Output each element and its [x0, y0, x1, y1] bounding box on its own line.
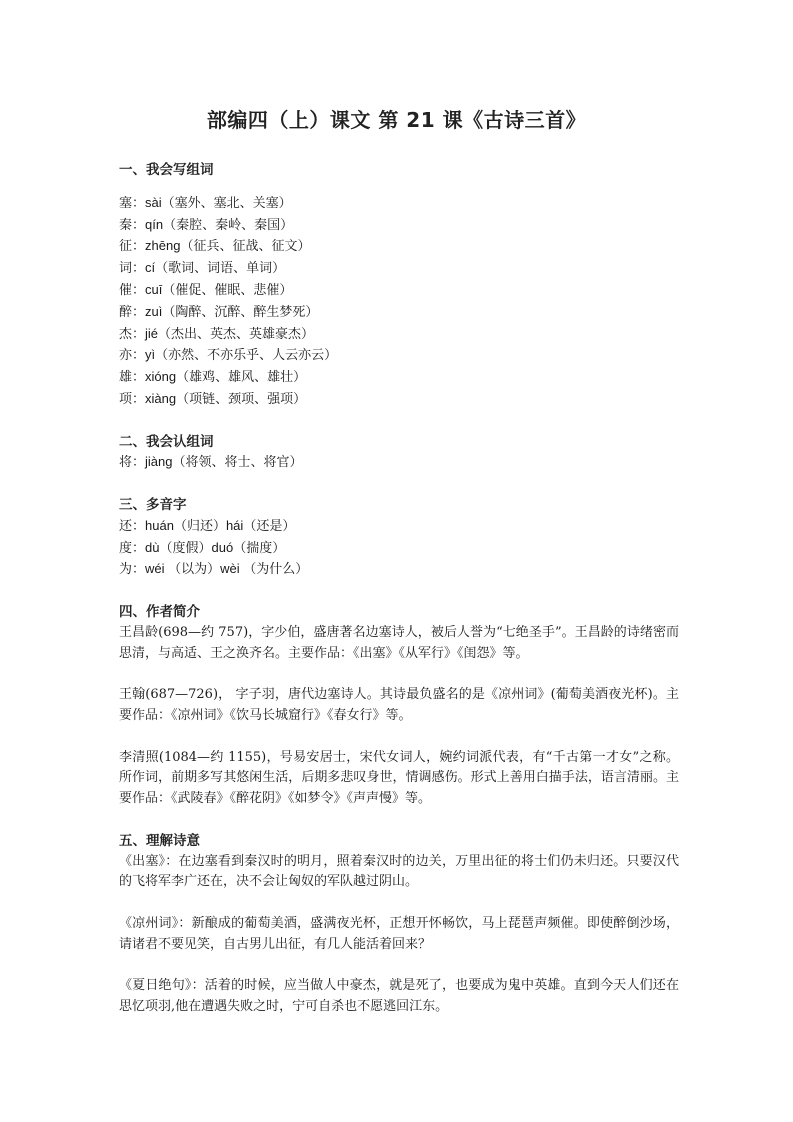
list-item: 征：zhēng（征兵、征战、征文） — [119, 236, 679, 258]
words: （项链、颈项、强项） — [176, 392, 306, 407]
meaning-liangzhou-ci: 《凉州词》：新酿成的葡萄美酒，盛满夜光杯，正想开怀畅饮，马上琵琶声频催。即使醉倒… — [119, 914, 679, 956]
char: 为： — [119, 562, 145, 577]
char: 醉： — [119, 305, 145, 320]
words: （还是） — [243, 519, 295, 534]
pinyin: wèi — [220, 561, 243, 576]
words: （度假） — [159, 541, 211, 556]
char: 亦： — [119, 348, 145, 363]
pinyin: jié — [145, 326, 158, 341]
section-heading-recognize-words: 二、我会认组词 — [119, 432, 679, 453]
char: 项： — [119, 392, 145, 407]
list-item: 亦：yì（亦然、不亦乐乎、人云亦云） — [119, 345, 679, 367]
author-li-qingzhao: 李清照(1084—约 1155)，号易安居士，宋代女词人，婉约词派代表，有“千古… — [119, 748, 679, 810]
char: 将： — [119, 455, 145, 470]
words: （归还） — [174, 519, 226, 534]
document-body: 一、我会写组词 塞：sài（塞外、塞北、关塞） 秦：qín（秦腔、秦岭、秦国） … — [119, 160, 679, 1018]
list-item: 秦：qín（秦腔、秦岭、秦国） — [119, 215, 679, 237]
pinyin: zuì — [145, 304, 162, 319]
list-item: 醉：zuì（陶醉、沉醉、醉生梦死） — [119, 302, 679, 324]
words: （陶醉、沉醉、醉生梦死） — [162, 305, 318, 320]
char: 杰： — [119, 327, 145, 342]
char: 还： — [119, 519, 145, 534]
pinyin: qín — [145, 217, 163, 232]
words: （亦然、不亦乐乎、人云亦云） — [155, 348, 337, 363]
words: （雄鸡、雄风、雄壮） — [176, 370, 306, 385]
char: 催： — [119, 283, 145, 298]
list-item: 雄：xióng（雄鸡、雄风、雄壮） — [119, 367, 679, 389]
section-heading-poem-meaning: 五、理解诗意 — [119, 831, 679, 852]
list-item: 度：dù（度假）duó（揣度） — [119, 538, 679, 560]
page-title: 部编四（上）课文 第 21 课《古诗三首》 — [0, 104, 793, 133]
meaning-xiari-jueju: 《夏日绝句》：活着的时候，应当做人中豪杰，就是死了，也要成为鬼中英雄。直到今天人… — [119, 976, 679, 1018]
words: （塞外、塞北、关塞） — [162, 196, 292, 211]
pinyin: xióng — [145, 369, 176, 384]
list-item: 还：huán（归还）hái（还是） — [119, 516, 679, 538]
words: （秦腔、秦岭、秦国） — [163, 218, 293, 233]
list-item: 杰：jié（杰出、英杰、英雄豪杰） — [119, 324, 679, 346]
words: （征兵、征战、征文） — [180, 239, 310, 254]
pinyin: huán — [145, 518, 174, 533]
words: （以为） — [168, 562, 220, 577]
pinyin: xiàng — [145, 391, 176, 406]
list-item: 将：jiàng（将领、将士、将官） — [119, 452, 679, 474]
pinyin: jiàng — [145, 454, 172, 469]
char: 词： — [119, 261, 145, 276]
meaning-chu-sai: 《出塞》：在边塞看到秦汉时的明月，照着秦汉时的边关，万里出征的将士们仍未归还。只… — [119, 852, 679, 894]
list-item: 塞：sài（塞外、塞北、关塞） — [119, 193, 679, 215]
pinyin: hái — [226, 518, 243, 533]
author-wang-changling: 王昌龄(698—约 757)，字少伯，盛唐著名边塞诗人，被后人誉为“七绝圣手”。… — [119, 623, 679, 665]
document-page: 部编四（上）课文 第 21 课《古诗三首》 一、我会写组词 塞：sài（塞外、塞… — [0, 0, 793, 1122]
pinyin: yì — [145, 347, 155, 362]
char: 塞： — [119, 196, 145, 211]
section-heading-polyphones: 三、多音字 — [119, 495, 679, 516]
words: （杰出、英杰、英雄豪杰） — [158, 327, 314, 342]
pinyin: dù — [145, 540, 159, 555]
pinyin: duó — [212, 540, 234, 555]
pinyin: cuī — [145, 282, 162, 297]
list-item: 催：cuī（催促、催眠、悲催） — [119, 280, 679, 302]
list-item: 项：xiàng（项链、颈项、强项） — [119, 389, 679, 411]
word-list-write: 塞：sài（塞外、塞北、关塞） 秦：qín（秦腔、秦岭、秦国） 征：zhēng（… — [119, 193, 679, 411]
list-item: 词：cí（歌词、词语、单词） — [119, 258, 679, 280]
words: （催促、催眠、悲催） — [162, 283, 292, 298]
section-heading-author-intro: 四、作者简介 — [119, 602, 679, 623]
words: （歌词、词语、单词） — [155, 261, 285, 276]
char: 征： — [119, 239, 145, 254]
section-heading-write-words: 一、我会写组词 — [119, 160, 679, 181]
char: 秦： — [119, 218, 145, 233]
pinyin: zhēng — [145, 238, 180, 253]
char: 度： — [119, 541, 145, 556]
char: 雄： — [119, 370, 145, 385]
author-wang-han: 王翰(687—726)， 字子羽，唐代边塞诗人。其诗最负盛名的是《凉州词》(葡萄… — [119, 685, 679, 727]
pinyin: wéi — [145, 561, 168, 576]
words: （将领、将士、将官） — [172, 455, 302, 470]
pinyin: cí — [145, 260, 155, 275]
words: （揣度） — [233, 541, 285, 556]
pinyin: sài — [145, 195, 162, 210]
words: （为什么） — [243, 562, 308, 577]
list-item: 为：wéi （以为）wèi （为什么） — [119, 559, 679, 581]
